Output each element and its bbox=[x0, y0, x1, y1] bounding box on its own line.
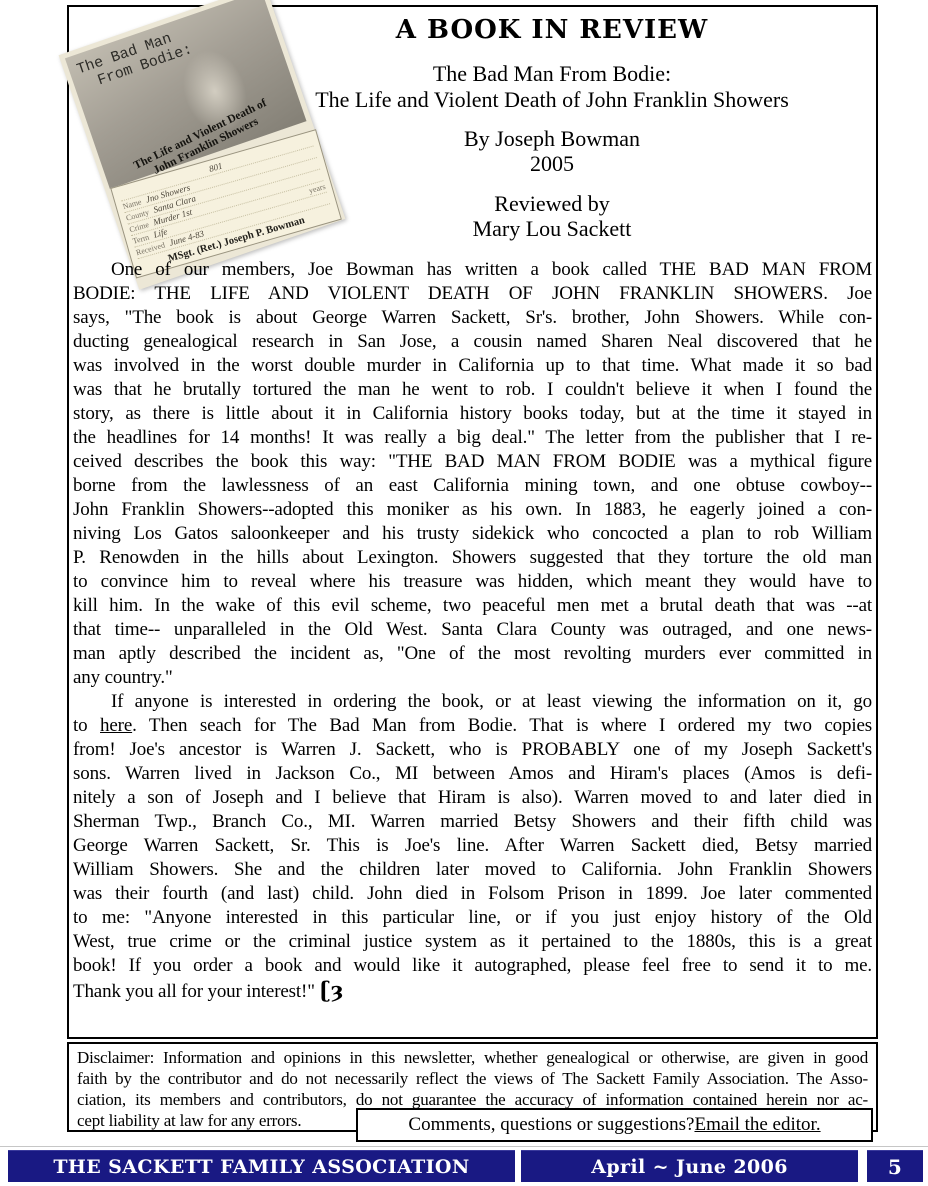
text-line: man aptly described the incident as, "On… bbox=[73, 642, 872, 666]
text-line: George Warren Sackett, Sr. This is Joe's… bbox=[73, 834, 872, 858]
email-editor-link[interactable]: Email the editor. bbox=[694, 1114, 820, 1136]
text-segment: was involved in the worst double murder … bbox=[73, 355, 872, 376]
text-line: ceived describes the book this way: "THE… bbox=[73, 450, 872, 474]
text-line: Disclaimer: Information and opinions in … bbox=[77, 1047, 868, 1068]
text-line: was their fourth (and last) child. John … bbox=[73, 882, 872, 906]
text-line: P. Renowden in the hills about Lexington… bbox=[73, 546, 872, 570]
text-segment: cept liability at law for any errors. bbox=[77, 1111, 301, 1130]
text-line: One of our members, Joe Bowman has writt… bbox=[73, 258, 872, 282]
article-box: The Bad ManFrom Bodie: The Life and Viol… bbox=[67, 5, 878, 1039]
newsletter-page: The Bad ManFrom Bodie: The Life and Viol… bbox=[0, 0, 928, 1186]
text-line: story, as there is little about it in Ca… bbox=[73, 402, 872, 426]
text-segment: borne from the lawlessness of an east Ca… bbox=[73, 475, 872, 496]
text-segment: nitely a son of Joseph and I believe tha… bbox=[73, 787, 872, 808]
text-line: says, "The book is about George Warren S… bbox=[73, 306, 872, 330]
paragraph-1: One of our members, Joe Bowman has writt… bbox=[73, 258, 872, 690]
book-cover-title: The Bad ManFrom Bodie: bbox=[65, 0, 275, 97]
text-segment: niving Los Gatos saloonkeeper and his tr… bbox=[73, 523, 872, 544]
text-segment: to convince him to reveal where his trea… bbox=[73, 571, 872, 592]
text-segment: Thank you all for your interest!" bbox=[73, 981, 319, 1002]
text-segment: was that he brutally tortured the man he… bbox=[73, 379, 872, 400]
text-line: was involved in the worst double murder … bbox=[73, 354, 872, 378]
text-line: the headlines for 14 months! It was real… bbox=[73, 426, 872, 450]
text-segment: Disclaimer: Information and opinions in … bbox=[77, 1048, 868, 1067]
text-segment: ducting genealogical research in San Jos… bbox=[73, 331, 872, 352]
text-segment: ciation, its members and contributors, d… bbox=[77, 1090, 868, 1109]
text-segment: to me: "Anyone interested in this partic… bbox=[73, 907, 872, 928]
text-line: Sherman Twp., Branch Co., MI. Warren mar… bbox=[73, 810, 872, 834]
text-line: niving Los Gatos saloonkeeper and his tr… bbox=[73, 522, 872, 546]
text-line: borne from the lawlessness of an east Ca… bbox=[73, 474, 872, 498]
text-line: Thank you all for your interest!" ʗȝ bbox=[73, 978, 872, 1004]
comments-prompt: Comments, questions or suggestions? bbox=[408, 1114, 694, 1136]
reviewer-name: Mary Lou Sackett bbox=[473, 216, 632, 241]
book-title: The Bad Man From Bodie: The Life and Vio… bbox=[234, 61, 870, 113]
text-segment: kill him. In the wake of this evil schem… bbox=[73, 595, 872, 616]
text-line: any country." bbox=[73, 666, 872, 690]
text-segment: faith by the contributor and do not nece… bbox=[77, 1069, 868, 1088]
text-segment: ceived describes the book this way: "THE… bbox=[73, 451, 872, 472]
author-name: By Joseph Bowman bbox=[464, 126, 640, 151]
text-segment: was their fourth (and last) child. John … bbox=[73, 883, 872, 904]
footer-association-banner: THE SACKETT FAMILY ASSOCIATION bbox=[8, 1150, 515, 1182]
text-segment: P. Renowden in the hills about Lexington… bbox=[73, 547, 872, 568]
here-link[interactable]: here bbox=[100, 715, 132, 736]
text-segment: If anyone is interested in ordering the … bbox=[111, 691, 872, 712]
text-segment: BODIE: THE LIFE AND VIOLENT DEATH OF JOH… bbox=[73, 283, 872, 304]
book-title-line1: The Bad Man From Bodie: bbox=[433, 61, 671, 86]
text-line: from! Joe's ancestor is Warren J. Sacket… bbox=[73, 738, 872, 762]
text-segment: John Franklin Showers--adopted this moni… bbox=[73, 499, 872, 520]
text-line: faith by the contributor and do not nece… bbox=[77, 1068, 868, 1089]
page-title: A BOOK IN REVIEW bbox=[234, 15, 870, 45]
text-segment: West, true crime or the criminal justice… bbox=[73, 931, 872, 952]
text-segment: William Showers. She and the children la… bbox=[73, 859, 872, 880]
text-segment: that time-- unparalleled in the Old West… bbox=[73, 619, 872, 640]
paragraph-2: If anyone is interested in ordering the … bbox=[73, 690, 872, 1004]
text-segment: the headlines for 14 months! It was real… bbox=[73, 427, 872, 448]
text-line: to convince him to reveal where his trea… bbox=[73, 570, 872, 594]
text-segment: says, "The book is about George Warren S… bbox=[73, 307, 872, 328]
book-title-line2: The Life and Violent Death of John Frank… bbox=[315, 87, 789, 112]
text-line: to me: "Anyone interested in this partic… bbox=[73, 906, 872, 930]
text-segment: to bbox=[73, 715, 100, 736]
text-segment: One of our members, Joe Bowman has writt… bbox=[111, 259, 872, 280]
text-line: that time-- unparalleled in the Old West… bbox=[73, 618, 872, 642]
text-line: was that he brutally tortured the man he… bbox=[73, 378, 872, 402]
author-byline: By Joseph Bowman 2005 bbox=[234, 126, 870, 176]
text-line: book! If you order a book and would like… bbox=[73, 954, 872, 978]
footer-page-number: 5 bbox=[867, 1150, 923, 1182]
comments-box: Comments, questions or suggestions? Emai… bbox=[356, 1108, 873, 1142]
text-segment: George Warren Sackett, Sr. This is Joe's… bbox=[73, 835, 872, 856]
text-line: ciation, its members and contributors, d… bbox=[77, 1089, 868, 1110]
text-segment: story, as there is little about it in Ca… bbox=[73, 403, 872, 424]
text-segment: Sherman Twp., Branch Co., MI. Warren mar… bbox=[73, 811, 872, 832]
text-segment: man aptly described the incident as, "On… bbox=[73, 643, 872, 664]
article-body: One of our members, Joe Bowman has writt… bbox=[73, 258, 872, 1004]
publication-year: 2005 bbox=[530, 151, 574, 176]
text-line: sons. Warren lived in Jackson Co., MI be… bbox=[73, 762, 872, 786]
text-segment: any country." bbox=[73, 667, 173, 688]
text-line: to here. Then seach for The Bad Man from… bbox=[73, 714, 872, 738]
text-segment: sons. Warren lived in Jackson Co., MI be… bbox=[73, 763, 872, 784]
text-line: John Franklin Showers--adopted this moni… bbox=[73, 498, 872, 522]
text-segment: from! Joe's ancestor is Warren J. Sacket… bbox=[73, 739, 872, 760]
text-line: If anyone is interested in ordering the … bbox=[73, 690, 872, 714]
text-line: kill him. In the wake of this evil schem… bbox=[73, 594, 872, 618]
reviewed-by-label: Reviewed by bbox=[494, 191, 609, 216]
footer-divider-line bbox=[0, 1146, 928, 1147]
text-line: ducting genealogical research in San Jos… bbox=[73, 330, 872, 354]
text-line: William Showers. She and the children la… bbox=[73, 858, 872, 882]
footer-issue-banner: April ~ June 2006 bbox=[521, 1150, 858, 1182]
text-line: West, true crime or the criminal justice… bbox=[73, 930, 872, 954]
end-of-article-mark: ʗȝ bbox=[319, 977, 343, 1002]
text-segment: . Then seach for The Bad Man from Bodie.… bbox=[132, 715, 872, 736]
text-line: BODIE: THE LIFE AND VIOLENT DEATH OF JOH… bbox=[73, 282, 872, 306]
text-segment: book! If you order a book and would like… bbox=[73, 955, 872, 976]
text-line: nitely a son of Joseph and I believe tha… bbox=[73, 786, 872, 810]
